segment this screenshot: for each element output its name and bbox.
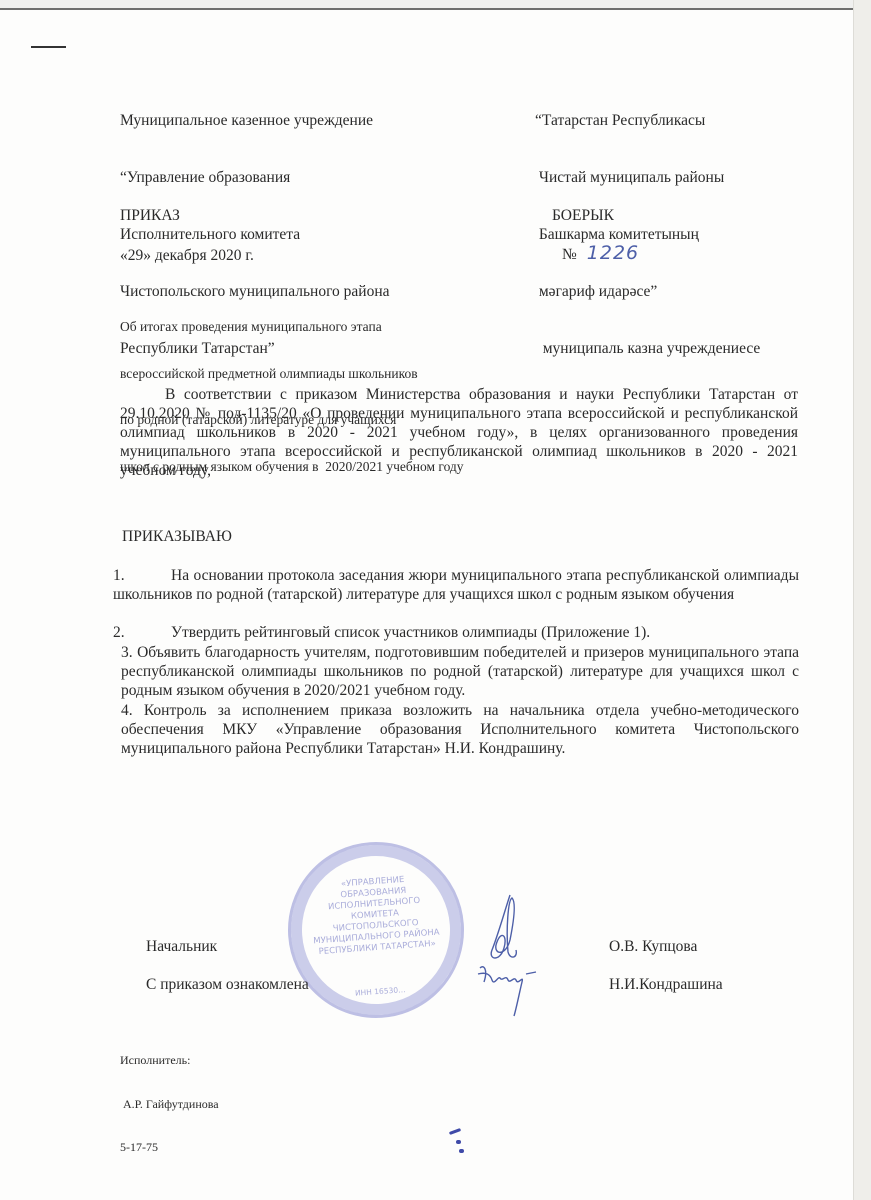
order-item-1: 1.На основании протокола заседания жюри … <box>113 566 799 604</box>
item-text: Утвердить рейтинговый список участников … <box>171 624 650 641</box>
scan-right-edge <box>853 0 871 1200</box>
subject-line: всероссийской предметной олимпиады школь… <box>120 366 464 382</box>
official-stamp: «УПРАВЛЕНИЕ ОБРАЗОВАНИЯ ИСПОЛНИТЕЛЬНОГО … <box>282 836 470 1024</box>
header-right-line: мәгариф идарәсе” <box>535 282 760 301</box>
acknowledged-name: Н.И.Кондрашина <box>609 976 723 994</box>
header-left-line: Исполнительного комитета <box>120 225 390 244</box>
executor-phone: 5-17-75 <box>120 1140 219 1155</box>
acknowledged-label: С приказом ознакомлена <box>146 976 309 994</box>
item-number: 2. <box>113 623 171 642</box>
handwritten-number: 1226 <box>587 242 639 264</box>
item-number: 1. <box>113 566 171 585</box>
header-left-line: Муниципальное казенное учреждение <box>120 111 390 130</box>
head-label: Начальник <box>146 938 217 956</box>
order-item-3: 3. Объявить благодарность учителям, подг… <box>121 643 799 700</box>
handwritten-signature-icon <box>470 890 550 1020</box>
ink-speck <box>449 1128 461 1135</box>
ink-speck <box>456 1140 461 1144</box>
header-right-tatar: “Татарстан Республикасы Чистай муниципал… <box>535 73 760 377</box>
executor-block: Исполнитель: А.Р. Гайфутдинова 5-17-75 <box>120 1024 219 1169</box>
item-text: На основании протокола заседания жюри му… <box>113 567 799 603</box>
stamp-text: «УПРАВЛЕНИЕ ОБРАЗОВАНИЯ ИСПОЛНИТЕЛЬНОГО … <box>305 872 444 958</box>
order-title-tt: БОЕРЫК <box>552 207 614 225</box>
order-item-2: 2.Утвердить рейтинговый список участнико… <box>113 623 799 642</box>
order-title-ru: ПРИКАЗ <box>120 207 180 225</box>
item-number: 4. <box>121 702 133 719</box>
order-date: «29» декабря 2020 г. <box>120 247 254 265</box>
item-number: 3. <box>121 644 133 661</box>
preamble-paragraph: В соответствии с приказом Министерства о… <box>120 385 798 480</box>
ink-speck <box>459 1149 464 1153</box>
stamp-inn: ИНН 16530… <box>295 980 465 1003</box>
header-right-line: “Татарстан Республикасы <box>535 111 760 130</box>
scan-top-edge <box>0 0 871 10</box>
corner-mark <box>31 46 66 48</box>
executor-label: Исполнитель: <box>120 1053 219 1068</box>
number-label: № <box>562 246 577 263</box>
order-number: №1226 <box>562 242 639 264</box>
subject-line: Об итогах проведения муниципального этап… <box>120 319 464 335</box>
order-item-4: 4. Контроль за исполнением приказа возло… <box>121 701 799 758</box>
item-text: Контроль за исполнением приказа возложит… <box>121 702 799 757</box>
header-left-line: “Управление образования <box>120 168 390 187</box>
head-name: О.В. Купцова <box>609 938 697 956</box>
header-right-line: Чистай муниципаль районы <box>535 168 760 187</box>
executor-name: А.Р. Гайфутдинова <box>120 1097 219 1112</box>
item-text: Объявить благодарность учителям, подгото… <box>121 644 799 699</box>
order-verb: ПРИКАЗЫВАЮ <box>122 528 232 546</box>
header-right-line: муниципаль казна учреждениесе <box>535 339 760 358</box>
